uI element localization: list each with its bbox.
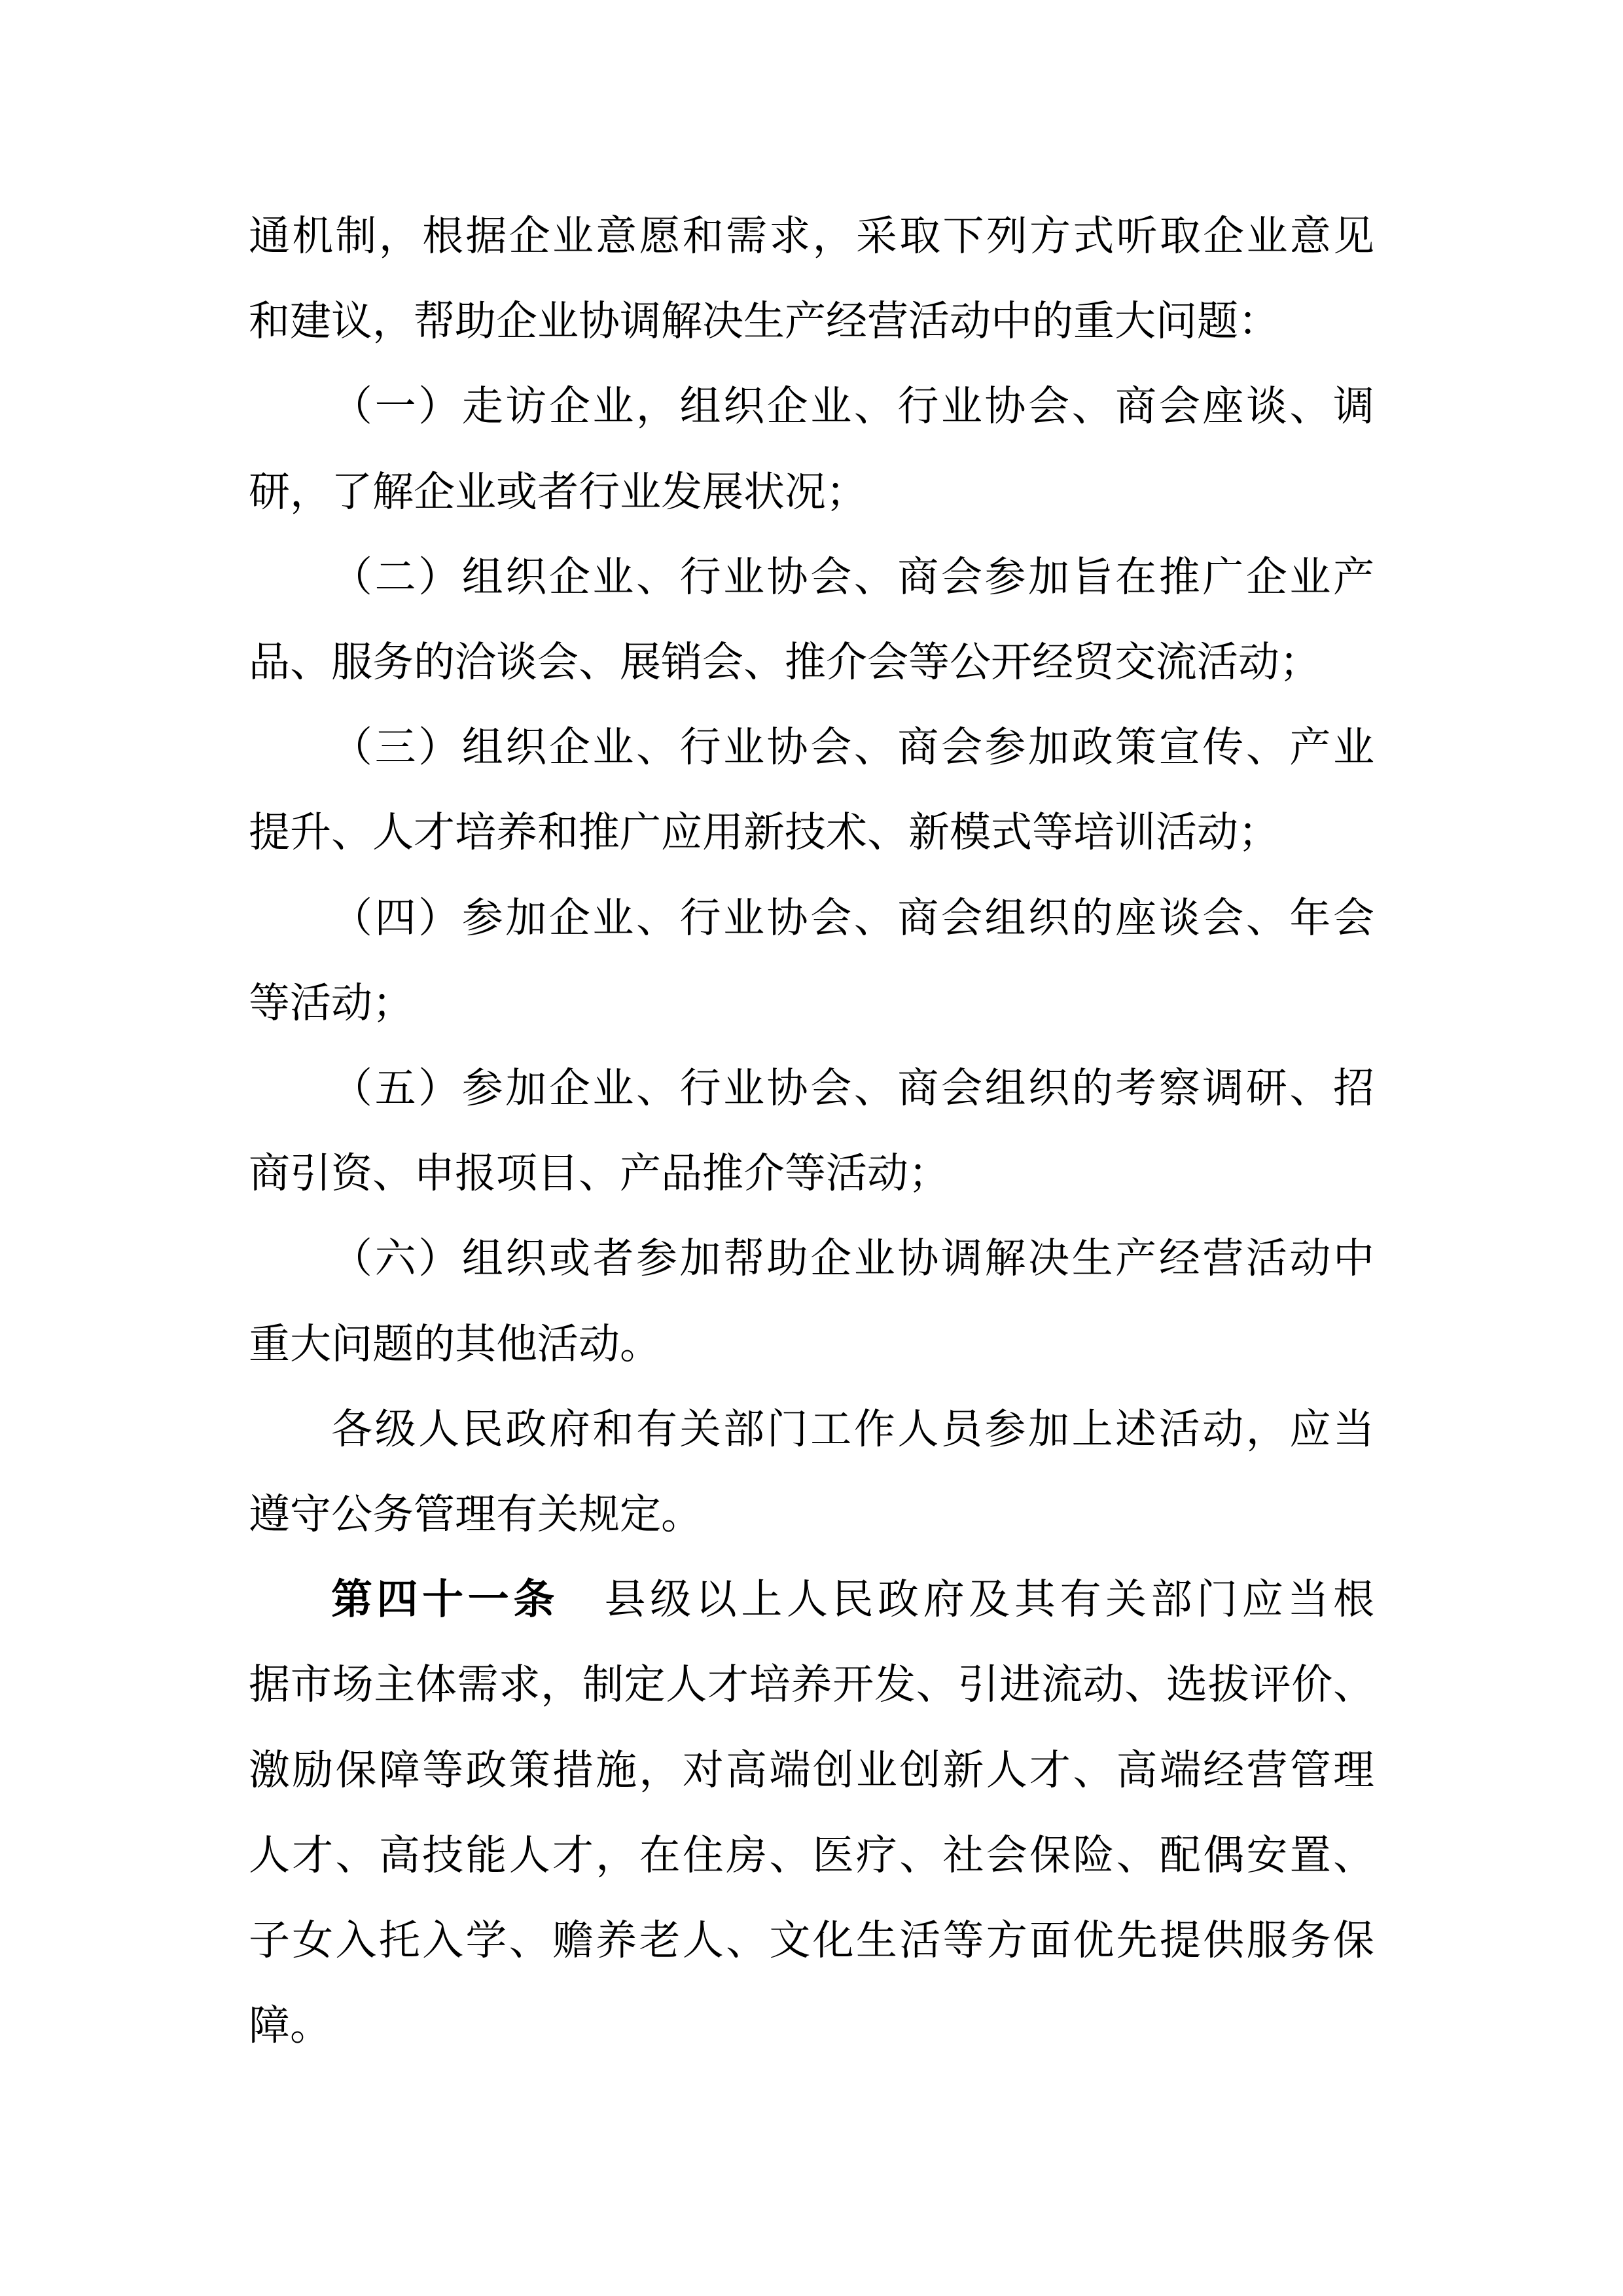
- text-run: （六）组织或者参加帮助企业协调解决生产经营活动中: [331, 1236, 1374, 1282]
- text-run: 和建议，帮助企业协调解决生产经营活动中的重大问题：: [249, 298, 1279, 344]
- text-run: 人才、高技能人才，在住房、医疗、社会保险、配偶安置、: [249, 1833, 1374, 1878]
- text-line: （三）组织企业、行业协会、商会参加政策宣传、产业: [249, 705, 1374, 790]
- text-run: 提升、人才培养和推广应用新技术、新模式等培训活动；: [249, 810, 1279, 855]
- text-line: 子女入托入学、赡养老人、文化生活等方面优先提供服务保: [249, 1898, 1374, 1983]
- text-line: 激励保障等政策措施，对高端创业创新人才、高端经营管理: [249, 1728, 1374, 1813]
- text-run: 遵守公务管理有关规定。: [249, 1492, 702, 1537]
- text-run: （二）组织企业、行业协会、商会参加旨在推广企业产: [331, 554, 1374, 600]
- text-run: 激励保障等政策措施，对高端创业创新人才、高端经营管理: [249, 1748, 1374, 1793]
- text-line: （一）走访企业，组织企业、行业协会、商会座谈、调: [249, 364, 1374, 449]
- text-line: （六）组织或者参加帮助企业协调解决生产经营活动中: [249, 1216, 1374, 1301]
- text-run: 商引资、申报项目、产品推介等活动；: [249, 1151, 950, 1196]
- text-run: 品、服务的洽谈会、展销会、推介会等公开经贸交流活动；: [249, 639, 1321, 685]
- text-line: （五）参加企业、行业协会、商会组织的考察调研、招: [249, 1046, 1374, 1131]
- text-line: 商引资、申报项目、产品推介等活动；: [249, 1131, 1374, 1216]
- text-run: 县级以上人民政府及其有关部门应当根: [559, 1577, 1374, 1623]
- text-run: 据市场主体需求，制定人才培养开发、引进流动、选拔评价、: [249, 1662, 1374, 1708]
- text-run: 等活动；: [249, 980, 414, 1026]
- document-page: 通机制，根据企业意愿和需求，采取下列方式听取企业意见和建议，帮助企业协调解决生产…: [0, 0, 1623, 2296]
- text-line: 障。: [249, 1983, 1374, 2068]
- text-line: 提升、人才培养和推广应用新技术、新模式等培训活动；: [249, 790, 1374, 875]
- text-line: 品、服务的洽谈会、展销会、推介会等公开经贸交流活动；: [249, 620, 1374, 705]
- text-line: 通机制，根据企业意愿和需求，采取下列方式听取企业意见: [249, 194, 1374, 279]
- text-line: 等活动；: [249, 961, 1374, 1046]
- text-line: 研，了解企业或者行业发展状况；: [249, 450, 1374, 535]
- text-run: （一）走访企业，组织企业、行业协会、商会座谈、调: [331, 384, 1374, 429]
- text-line: 重大问题的其他活动。: [249, 1302, 1374, 1387]
- text-line: 人才、高技能人才，在住房、医疗、社会保险、配偶安置、: [249, 1813, 1374, 1898]
- text-line: （四）参加企业、行业协会、商会组织的座谈会、年会: [249, 876, 1374, 961]
- article-number-bold: 第四十一条: [331, 1577, 559, 1623]
- text-line: 据市场主体需求，制定人才培养开发、引进流动、选拔评价、: [249, 1642, 1374, 1727]
- text-run: 通机制，根据企业意愿和需求，采取下列方式听取企业意见: [249, 213, 1374, 259]
- text-line: （二）组织企业、行业协会、商会参加旨在推广企业产: [249, 535, 1374, 620]
- text-run: 各级人民政府和有关部门工作人员参加上述活动，应当: [331, 1407, 1374, 1452]
- text-run: 子女入托入学、赡养老人、文化生活等方面优先提供服务保: [249, 1918, 1374, 1964]
- text-run: （三）组织企业、行业协会、商会参加政策宣传、产业: [331, 725, 1374, 770]
- document-body-text: 通机制，根据企业意愿和需求，采取下列方式听取企业意见和建议，帮助企业协调解决生产…: [249, 194, 1374, 2068]
- text-run: （五）参加企业、行业协会、商会组织的考察调研、招: [331, 1066, 1374, 1111]
- text-run: 研，了解企业或者行业发展状况；: [249, 469, 867, 515]
- text-line: 各级人民政府和有关部门工作人员参加上述活动，应当: [249, 1387, 1374, 1472]
- text-line: 第四十一条 县级以上人民政府及其有关部门应当根: [249, 1557, 1374, 1642]
- text-line: 和建议，帮助企业协调解决生产经营活动中的重大问题：: [249, 279, 1374, 364]
- text-run: 障。: [249, 2003, 331, 2049]
- text-line: 遵守公务管理有关规定。: [249, 1472, 1374, 1557]
- text-run: （四）参加企业、行业协会、商会组织的座谈会、年会: [331, 895, 1374, 941]
- text-run: 重大问题的其他活动。: [249, 1321, 661, 1367]
